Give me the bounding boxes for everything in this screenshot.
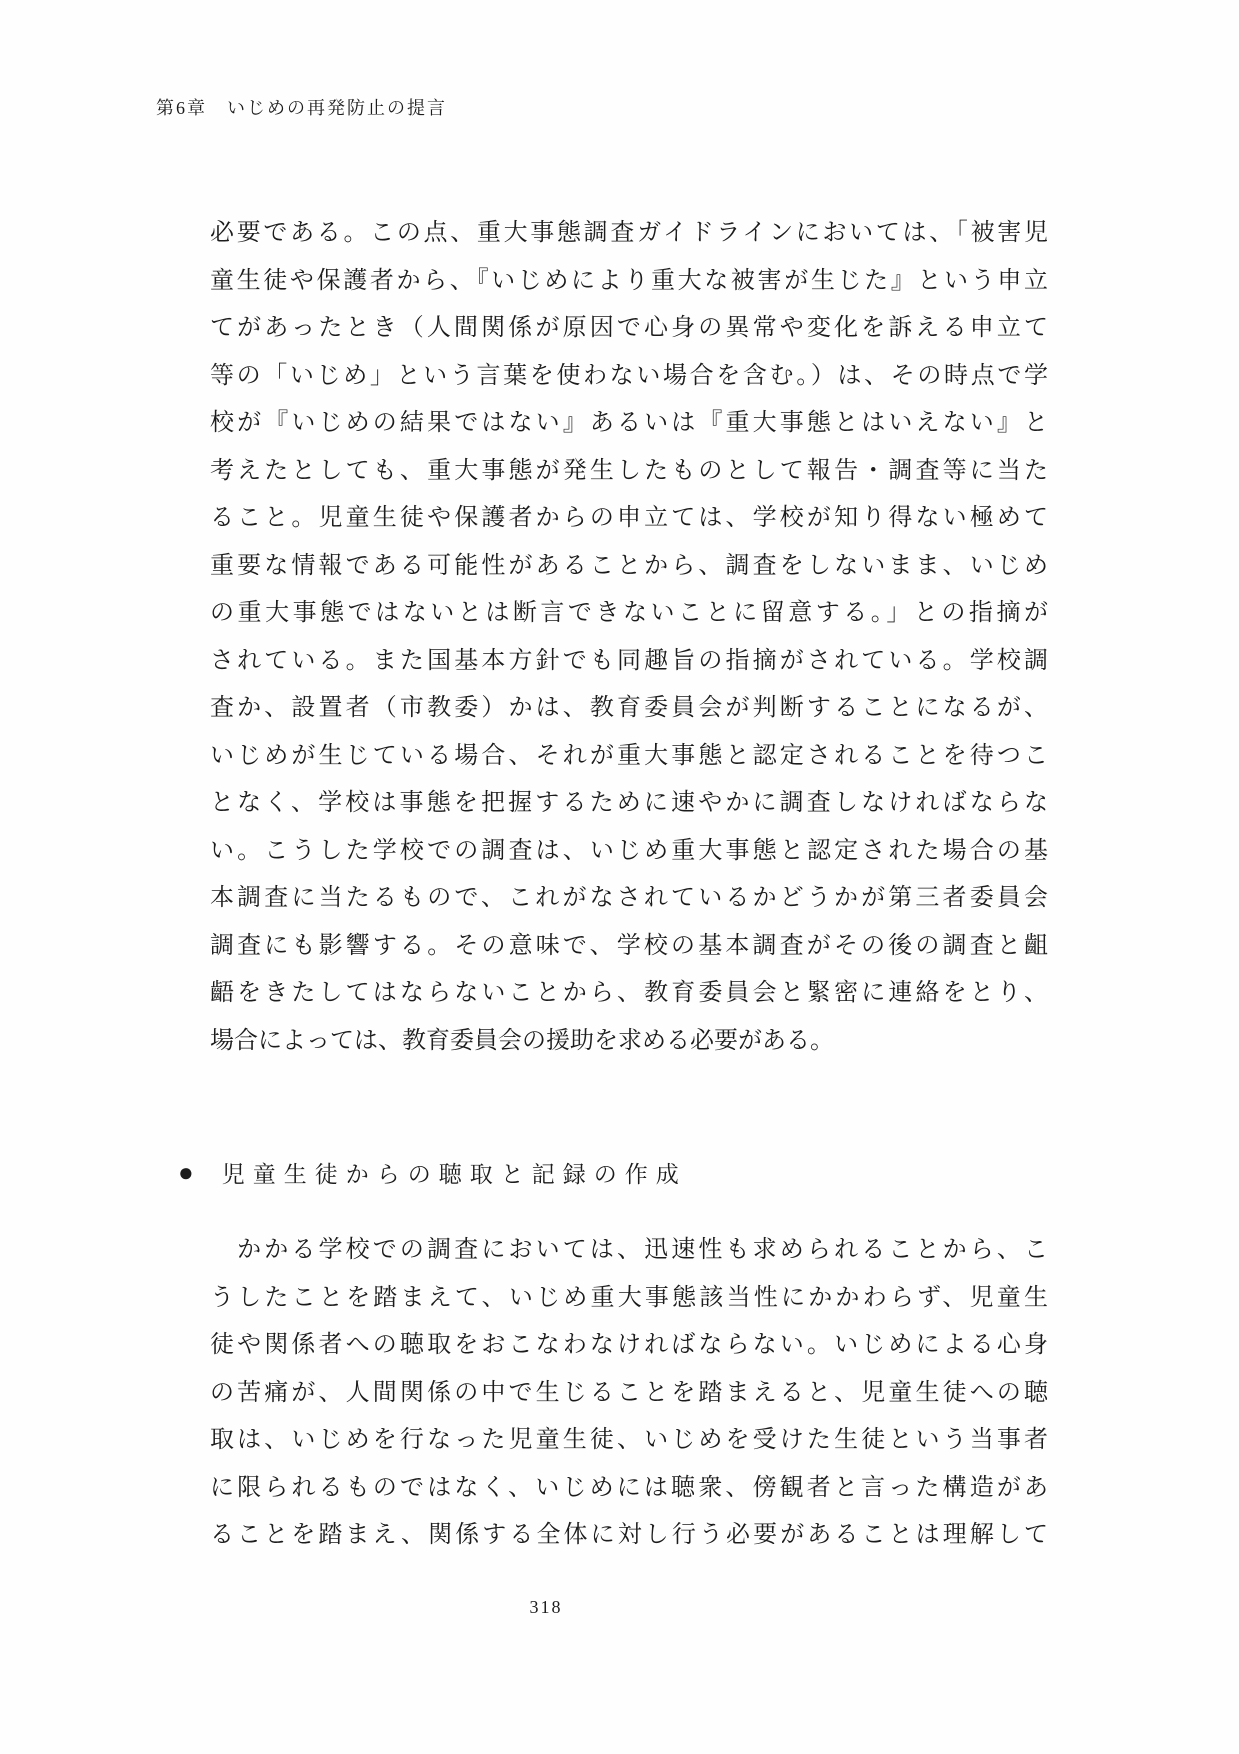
body-line: 重要な情報である可能性があることから、調査をしないまま、いじめ [210,543,1048,591]
bullet-icon: ● [178,1157,194,1189]
body-line: されている。また国基本方針でも同趣旨の指摘がされている。学校調 [210,638,1048,686]
body-line: 調査にも影響する。その意味で、学校の基本調査がその後の調査と齟 [210,923,1048,971]
body-line: 取は、いじめを行なった児童生徒、いじめを受けた生徒という当事者 [210,1417,1048,1465]
body-paragraph-2: かかる学校での調査においては、迅速性も求められることから、こ うしたことを踏まえ… [210,1227,1048,1560]
page-number: 318 [0,1597,1092,1618]
body-line: 齬をきたしてはならないことから、教育委員会と緊密に連絡をとり、 [210,970,1048,1018]
body-line: 徒や関係者への聴取をおこなわなければならない。いじめによる心身 [210,1322,1048,1370]
body-line: ることを踏まえ、関係する全体に対し行う必要があることは理解して [210,1512,1048,1560]
body-paragraph-1: 必要である。この点、重大事態調査ガイドラインにおいては、「被害児 童生徒や保護者… [210,210,1048,1065]
section-heading: 児童生徒からの聴取と記録の作成 [222,1156,687,1189]
body-line: 本調査に当たるもので、これがなされているかどうかが第三者委員会 [210,875,1048,923]
body-line: かかる学校での調査においては、迅速性も求められることから、こ [210,1227,1048,1275]
body-line: 考えたとしても、重大事態が発生したものとして報告・調査等に当た [210,448,1048,496]
body-line: 校が『いじめの結果ではない』あるいは『重大事態とはいえない』と [210,400,1048,448]
body-line: 査か、設置者（市教委）かは、教育委員会が判断することになるが、 [210,685,1048,733]
body-line: に限られるものではなく、いじめには聴衆、傍観者と言った構造があ [210,1465,1048,1513]
body-line: てがあったとき（人間関係が原因で心身の異常や変化を訴える申立て [210,305,1048,353]
chapter-header: 第6章 いじめの再発防止の提言 [156,94,447,120]
section-heading-row: ● 児童生徒からの聴取と記録の作成 [178,1156,687,1189]
body-line: となく、学校は事態を把握するために速やかに調査しなければならな [210,780,1048,828]
body-line: い。こうした学校での調査は、いじめ重大事態と認定された場合の基 [210,828,1048,876]
body-line: うしたことを踏まえて、いじめ重大事態該当性にかかわらず、児童生 [210,1275,1048,1323]
body-line: ること。児童生徒や保護者からの申立ては、学校が知り得ない極めて [210,495,1048,543]
body-line: の重大事態ではないとは断言できないことに留意する。」との指摘が [210,590,1048,638]
body-line: 場合によっては、教育委員会の援助を求める必要がある。 [210,1018,1048,1066]
body-line: 童生徒や保護者から、『いじめにより重大な被害が生じた』という申立 [210,258,1048,306]
body-line: 等の「いじめ」という言葉を使わない場合を含む。）は、その時点で学 [210,353,1048,401]
document-page: 第6章 いじめの再発防止の提言 必要である。この点、重大事態調査ガイドラインにお… [0,0,1239,1754]
body-line: 必要である。この点、重大事態調査ガイドラインにおいては、「被害児 [210,210,1048,258]
body-line: の苦痛が、人間関係の中で生じることを踏まえると、児童生徒への聴 [210,1370,1048,1418]
body-line: いじめが生じている場合、それが重大事態と認定されることを待つこ [210,733,1048,781]
